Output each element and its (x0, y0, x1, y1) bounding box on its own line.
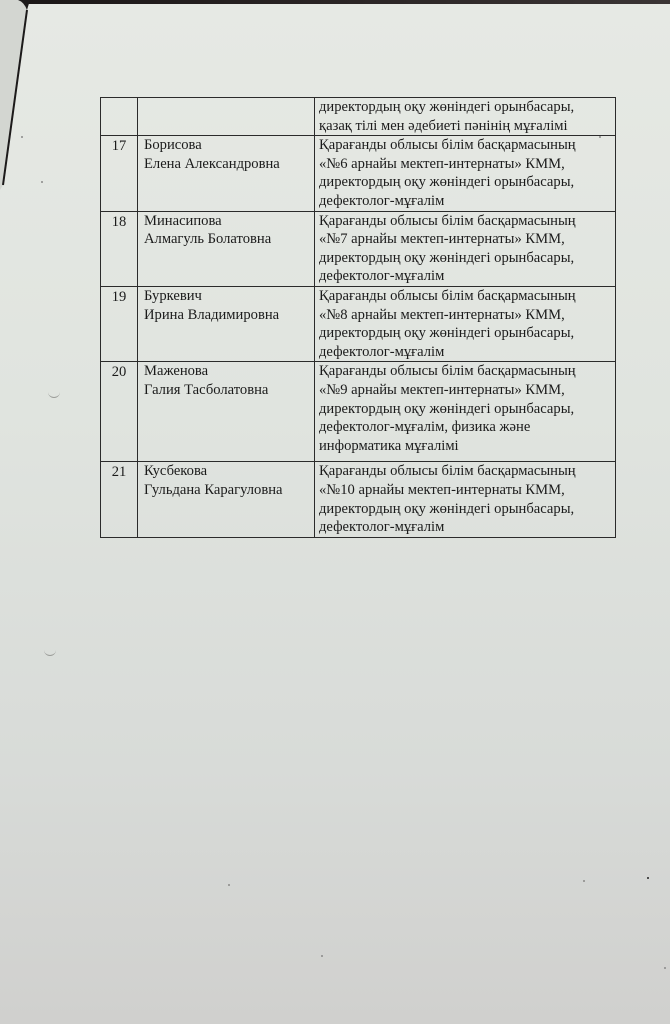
row-number-cell: 21 (101, 462, 138, 537)
position-line: директордың оқу жөніндегі орынбасары, (319, 173, 615, 192)
full-name-line: Минасипова (144, 212, 314, 231)
position-line: «№10 арнайы мектеп-интернаты КММ, (319, 481, 615, 500)
row-number-cell: 17 (101, 136, 138, 211)
table-row: 20МаженоваГалия ТасболатовнаҚарағанды об… (101, 362, 616, 462)
position-line: «№6 арнайы мектеп-интернаты» КММ, (319, 155, 615, 174)
scan-speck (41, 181, 43, 183)
full-name-line: Маженова (144, 362, 314, 381)
row-number-cell: 19 (101, 286, 138, 361)
position-cell: Қарағанды облысы білім басқармасының«№9 … (315, 362, 616, 462)
position-line: директордың оқу жөніндегі орынбасары, (319, 500, 615, 519)
page-fold-edge (0, 0, 40, 200)
position-line: Қарағанды облысы білім басқармасының (319, 212, 615, 231)
position-line: «№7 арнайы мектеп-интернаты» КММ, (319, 230, 615, 249)
table-row: 18МинасиповаАлмагуль БолатовнаҚарағанды … (101, 211, 616, 286)
position-line: директордың оқу жөніндегі орынбасары, (319, 249, 615, 268)
full-name-line: Алмагуль Болатовна (144, 230, 314, 249)
full-name-line: Гульдана Карагуловна (144, 481, 314, 500)
position-cell: Қарағанды облысы білім басқармасының«№8 … (315, 286, 616, 361)
position-line: «№8 арнайы мектеп-интернаты» КММ, (319, 306, 615, 325)
position-line: Қарағанды облысы білім басқармасының (319, 462, 615, 481)
row-number-cell: 20 (101, 362, 138, 462)
position-line: Қарағанды облысы білім басқармасының (319, 362, 615, 381)
table-row: 21КусбековаГульдана КарагуловнаҚарағанды… (101, 462, 616, 537)
full-name-cell: МаженоваГалия Тасболатовна (138, 362, 315, 462)
full-name-line: Буркевич (144, 287, 314, 306)
full-name-line: Елена Александровна (144, 155, 314, 174)
scan-speck (321, 955, 323, 957)
scan-speck (583, 880, 585, 882)
table-row: 17БорисоваЕлена АлександровнаҚарағанды о… (101, 136, 616, 211)
scan-speck (228, 884, 230, 886)
position-line: директордың оқу жөніндегі орынбасары, (319, 324, 615, 343)
scan-speck (664, 967, 666, 969)
position-line: дефектолог-мұғалім (319, 518, 615, 537)
full-name-line: Борисова (144, 136, 314, 155)
hole-punch-mark (44, 650, 56, 656)
position-line: информатика мұғалімі (319, 437, 615, 456)
position-line: дефектолог-мұғалім (319, 192, 615, 211)
scan-speck (21, 136, 23, 138)
position-line: дефектолог-мұғалім (319, 343, 615, 362)
position-line: директордың оқу жөніндегі орынбасары, (319, 400, 615, 419)
full-name-cell (138, 98, 315, 136)
row-number-cell: 18 (101, 211, 138, 286)
full-name-line: Кусбекова (144, 462, 314, 481)
position-line: қазақ тілі мен әдебиеті пәнінің мұғалімі (319, 117, 615, 136)
full-name-line: Ирина Владимировна (144, 306, 314, 325)
position-line: дефектолог-мұғалім (319, 267, 615, 286)
position-cell: Қарағанды облысы білім басқармасының«№7 … (315, 211, 616, 286)
row-number: 18 (101, 212, 137, 232)
row-number: 19 (101, 287, 137, 307)
row-number: 20 (101, 362, 137, 382)
table-row-continued: директордың оқу жөніндегі орынбасары,қаз… (101, 98, 616, 136)
full-name-cell: БорисоваЕлена Александровна (138, 136, 315, 211)
position-cell: директордың оқу жөніндегі орынбасары,қаз… (315, 98, 616, 136)
hole-punch-mark (48, 392, 60, 398)
position-line: Қарағанды облысы білім басқармасының (319, 287, 615, 306)
staff-table: директордың оқу жөніндегі орынбасары,қаз… (100, 97, 616, 538)
table-row: 19БуркевичИрина ВладимировнаҚарағанды об… (101, 286, 616, 361)
position-line: «№9 арнайы мектеп-интернаты» КММ, (319, 381, 615, 400)
row-number-cell (101, 98, 138, 136)
position-line: Қарағанды облысы білім басқармасының (319, 136, 615, 155)
row-number: 17 (101, 136, 137, 156)
full-name-cell: КусбековаГульдана Карагуловна (138, 462, 315, 537)
position-line: директордың оқу жөніндегі орынбасары, (319, 98, 615, 117)
full-name-cell: БуркевичИрина Владимировна (138, 286, 315, 361)
full-name-line: Галия Тасболатовна (144, 381, 314, 400)
full-name-cell: МинасиповаАлмагуль Болатовна (138, 211, 315, 286)
scanned-page: директордың оқу жөніндегі орынбасары,қаз… (0, 0, 670, 1024)
scan-speck (647, 877, 649, 879)
position-cell: Қарағанды облысы білім басқармасының«№6 … (315, 136, 616, 211)
position-cell: Қарағанды облысы білім басқармасының«№10… (315, 462, 616, 537)
position-line: дефектолог-мұғалім, физика және (319, 418, 615, 437)
row-number: 21 (101, 462, 137, 482)
scan-background-edge (0, 0, 670, 4)
row-number (101, 98, 137, 99)
